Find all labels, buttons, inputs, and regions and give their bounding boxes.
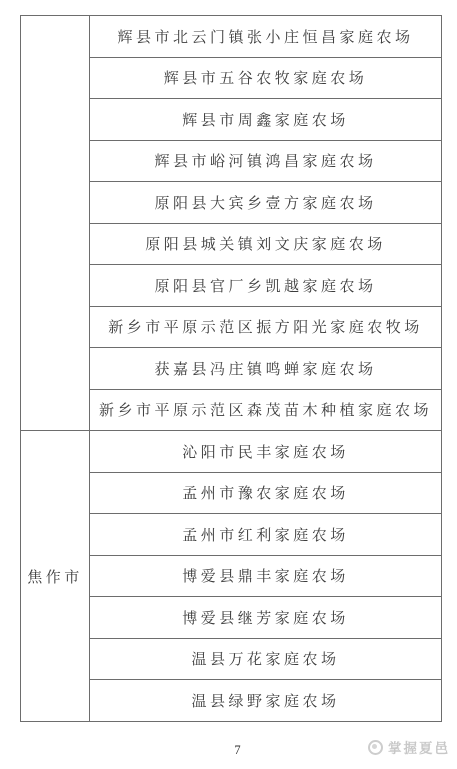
- document-page: 辉县市北云门镇张小庄恒昌家庭农场辉县市五谷农牧家庭农场辉县市周鑫家庭农场辉县市峪…: [0, 0, 457, 769]
- farm-name-cell: 原阳县大宾乡壹方家庭农场: [90, 182, 442, 224]
- table-row: 辉县市北云门镇张小庄恒昌家庭农场: [21, 16, 442, 58]
- farm-name-cell: 新乡市平原示范区森茂苗木种植家庭农场: [90, 389, 442, 431]
- farm-name-cell: 博爱县继芳家庭农场: [90, 597, 442, 639]
- farm-name-cell: 孟州市豫农家庭农场: [90, 472, 442, 514]
- farm-name-cell: 辉县市周鑫家庭农场: [90, 99, 442, 141]
- farm-name-cell: 沁阳市民丰家庭农场: [90, 431, 442, 473]
- farm-name-cell: 孟州市红利家庭农场: [90, 514, 442, 556]
- wechat-account-logo-icon: [368, 740, 383, 755]
- farm-name-cell: 获嘉县冯庄镇鸣蝉家庭农场: [90, 348, 442, 390]
- farm-list-table: 辉县市北云门镇张小庄恒昌家庭农场辉县市五谷农牧家庭农场辉县市周鑫家庭农场辉县市峪…: [20, 15, 442, 722]
- farm-name-cell: 原阳县城关镇刘文庆家庭农场: [90, 223, 442, 265]
- farm-name-cell: 辉县市北云门镇张小庄恒昌家庭农场: [90, 16, 442, 58]
- watermark-text: 掌握夏邑: [388, 737, 450, 757]
- watermark: 掌握夏邑: [368, 737, 450, 757]
- farm-name-cell: 温县万花家庭农场: [90, 638, 442, 680]
- farm-name-cell: 原阳县官厂乡凯越家庭农场: [90, 265, 442, 307]
- city-cell: 焦作市: [21, 431, 90, 722]
- farm-name-cell: 新乡市平原示范区振方阳光家庭农牧场: [90, 306, 442, 348]
- city-cell: [21, 16, 90, 431]
- farm-name-cell: 博爱县鼎丰家庭农场: [90, 555, 442, 597]
- farm-name-cell: 温县绿野家庭农场: [90, 680, 442, 722]
- farm-name-cell: 辉县市五谷农牧家庭农场: [90, 57, 442, 99]
- farm-name-cell: 辉县市峪河镇鸿昌家庭农场: [90, 140, 442, 182]
- table-row: 焦作市沁阳市民丰家庭农场: [21, 431, 442, 473]
